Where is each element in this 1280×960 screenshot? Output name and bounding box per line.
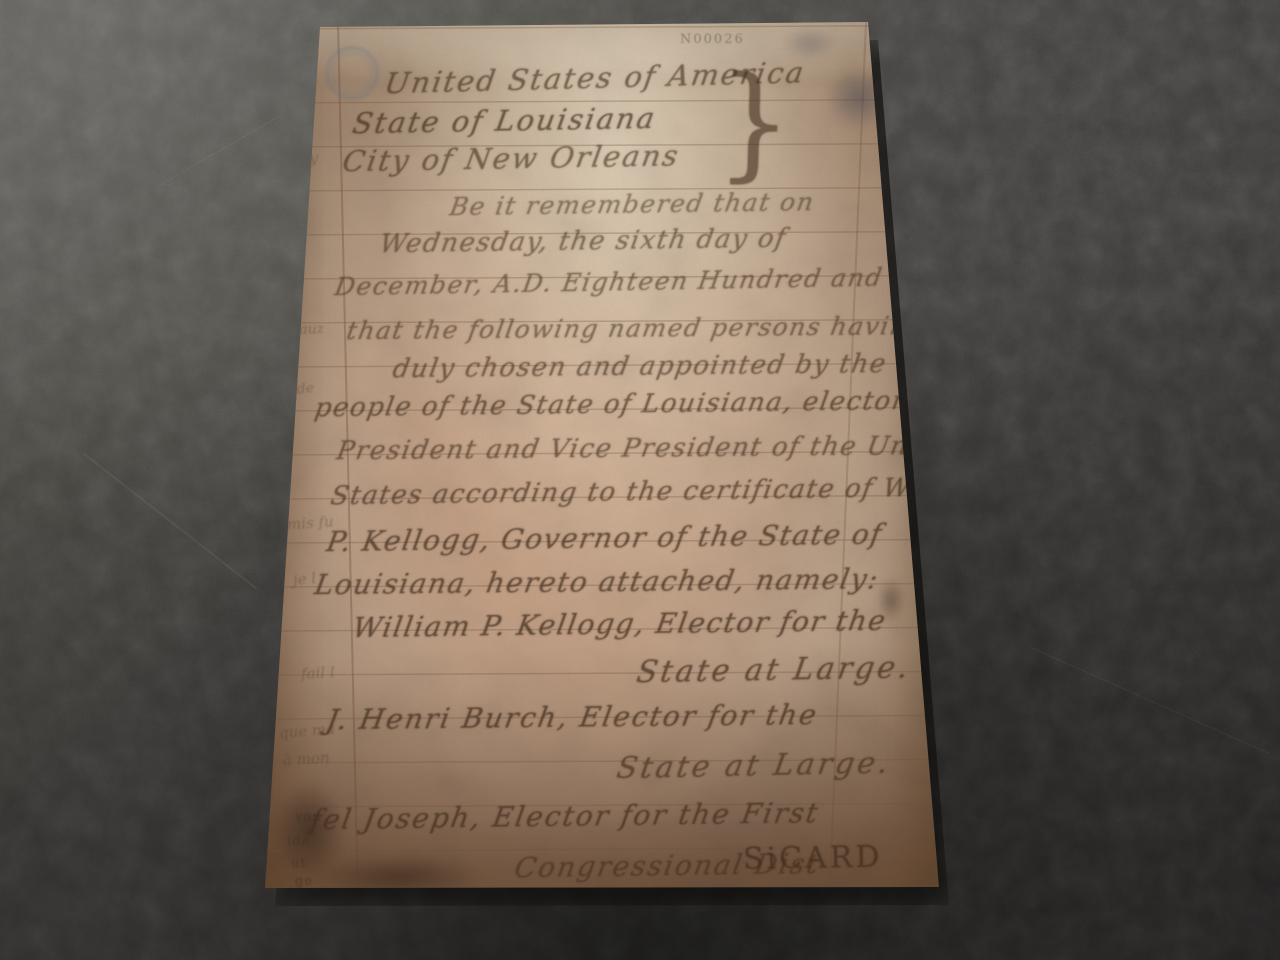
ink-smudge xyxy=(275,782,345,877)
body-line: States according to the certificate of W… xyxy=(329,472,997,511)
body-line: J. Henri Burch, Elector for the xyxy=(324,698,820,736)
bleed-through-fragment: bay xyxy=(290,149,318,169)
photo-scene: N00026 United States of America State of… xyxy=(0,0,1280,960)
body-line: duly chosen and appointed by the xyxy=(391,349,890,384)
slate-scratch xyxy=(1031,647,1269,754)
bleed-through-fragment: mis fu xyxy=(286,512,334,533)
bleed-through-fragment: fail l xyxy=(301,663,336,683)
heading-line: United States of America xyxy=(382,55,807,100)
catalog-number: N00026 xyxy=(680,32,745,47)
bleed-through-fragment: que ma xyxy=(278,720,335,743)
curly-brace: } xyxy=(715,49,794,196)
slate-scratch xyxy=(159,115,281,186)
embossed-seal-icon xyxy=(325,46,379,100)
bleed-through-fragment: er a xyxy=(276,233,305,251)
body-line: President and Vice President of the Unit… xyxy=(334,431,968,466)
body-line: fel Joseph, Elector for the First xyxy=(308,796,822,836)
bleed-through-fragment: et auz xyxy=(281,321,325,339)
body-line: State at Large. xyxy=(634,650,913,690)
bleed-through-fragment: ide xyxy=(287,834,310,849)
bleed-through-fragment: ut xyxy=(291,856,307,871)
bleed-through-fragment: von xyxy=(295,810,322,825)
body-line: Wednesday, the sixth day of xyxy=(378,223,789,259)
document-paper: N00026 United States of America State of… xyxy=(265,22,939,888)
heading-line: State of Louisiana xyxy=(350,101,659,140)
heading-line: City of New Orleans xyxy=(340,138,682,178)
bleed-through-fragment: à mon xyxy=(282,748,330,769)
bleed-through-fragment: je l xyxy=(292,569,317,589)
left-margin-line xyxy=(337,22,358,888)
body-line: State at Large. xyxy=(614,745,893,786)
body-line: that the following named persons having xyxy=(345,311,928,345)
sicard-stamp: SiCARD xyxy=(743,840,883,877)
paper-texture xyxy=(265,22,939,888)
right-margin-line xyxy=(829,22,867,887)
body-line: Louisiana, hereto attached, namely: xyxy=(312,562,881,601)
ruled-lines xyxy=(253,20,958,890)
body-line: Congressional Dist xyxy=(512,847,822,884)
body-line: Be it remembered that on xyxy=(448,187,817,221)
ink-smudge xyxy=(877,577,905,623)
body-line: William P. Kellogg, Elector for the xyxy=(350,604,889,644)
bleed-through-fragment: ne de xyxy=(274,380,314,399)
body-line: people of the State of Louisiana, electo… xyxy=(313,385,962,423)
slate-scratch xyxy=(83,452,258,589)
ink-smudge xyxy=(780,26,840,60)
body-line: P. Kellogg, Governor of the State of xyxy=(324,517,885,558)
body-line: December, A.D. Eighteen Hundred and Seve… xyxy=(333,260,1007,301)
bleed-through-fragment: ge xyxy=(295,874,313,889)
bleed-through-fragment: sou xyxy=(282,117,310,138)
